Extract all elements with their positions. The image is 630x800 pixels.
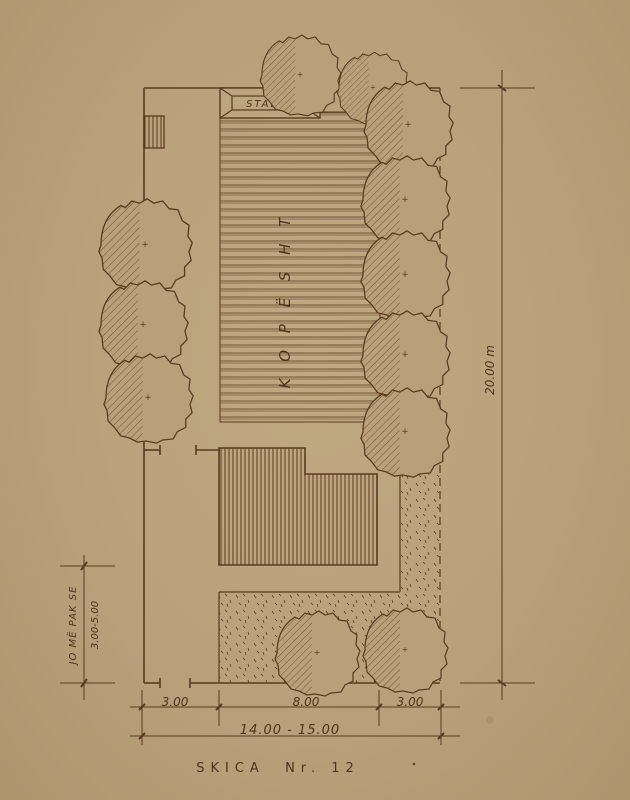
height-dimension: 20.00 m: [460, 70, 535, 700]
house-footprint: [219, 448, 377, 565]
height-dimension-label: 20.00 m: [483, 345, 497, 395]
left-width-label: 3.00: [162, 695, 189, 709]
site-plan-sheet: + STALLE K O P Ë S H T: [0, 0, 630, 800]
site-plan-drawing: + STALLE K O P Ë S H T: [0, 0, 630, 800]
total-width-label: 14.00 - 15.00: [240, 723, 340, 738]
right-width-label: 3.00: [397, 695, 424, 709]
paper-speck: [486, 716, 494, 724]
setback-value: 3.00-5.00: [90, 601, 101, 649]
middle-width-label: 8.00: [293, 695, 320, 709]
setback-dimension: JO MË PAK SE 3.00-5.00: [60, 555, 115, 700]
setback-note: JO MË PAK SE: [66, 586, 79, 667]
garden-area: [220, 112, 380, 422]
utility-box: [144, 116, 164, 148]
width-dimensions: 3.00 8.00 3.00 14.00 - 15.00: [130, 690, 460, 745]
garden-label: K O P Ë S H T: [275, 212, 294, 389]
drawing-title: SKICA Nr. 12: [196, 761, 360, 776]
trees-left-row: [99, 199, 193, 443]
paper-speck: [413, 763, 415, 765]
